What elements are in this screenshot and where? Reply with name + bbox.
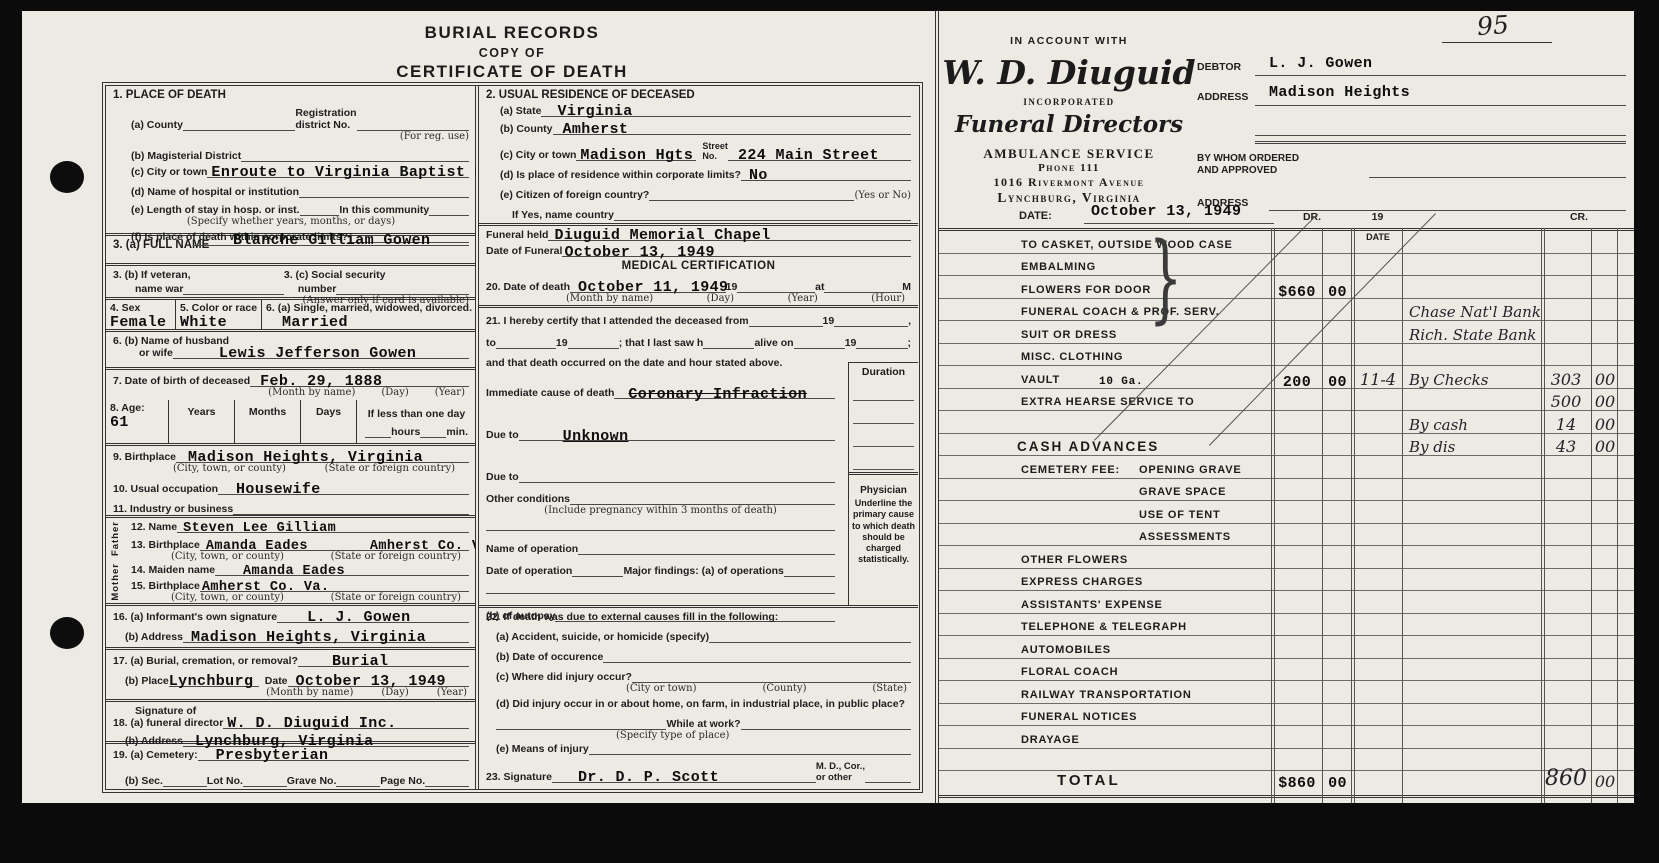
- ordered-by-label-2: AND APPROVED: [1197, 165, 1277, 176]
- certificate-title: BURIAL RECORDS COPY OF CERTIFICATE OF DE…: [312, 23, 712, 82]
- physician-note: Underline the primary cause to which dea…: [849, 496, 918, 568]
- full-name-value: Blanche Gilliam Gowen: [233, 232, 430, 249]
- ledger-row: AUTOMOBILES: [939, 636, 1634, 659]
- ssn-number-label: number: [298, 283, 337, 295]
- ledger-row: FLOWERS FOR DOOR $660 00: [939, 276, 1634, 299]
- ledger-row: GRAVE SPACE: [939, 479, 1634, 502]
- ledger-row: OTHER FLOWERS: [939, 546, 1634, 569]
- age-label: 8. Age:: [110, 402, 164, 414]
- months-label: Months: [249, 406, 286, 418]
- credit-cents: 00: [1594, 370, 1616, 389]
- ordered-by-label-1: BY WHOM ORDERED: [1197, 153, 1299, 164]
- director-signature-label-2: 18. (a) funeral director: [113, 717, 223, 729]
- years-label: Years: [187, 406, 215, 418]
- pregnancy-hint: (Include pregnancy within 3 months of de…: [544, 505, 777, 516]
- burial-date-label: Date: [265, 675, 288, 687]
- residence-corporate-label: (d) Is place of residence within corpora…: [500, 169, 741, 181]
- ledger-item-label: USE OF TENT: [1139, 509, 1221, 521]
- credit-cents: 00: [1594, 415, 1616, 434]
- ledger-row: USE OF TENT: [939, 501, 1634, 524]
- section-19-cemetery: 19. (a) Cemetery: Presbyterian (b) Sec. …: [106, 744, 476, 788]
- industry-label: 11. Industry or business: [113, 503, 233, 515]
- director-signature-value: W. D. Diuguid Inc.: [227, 715, 396, 732]
- page-no-label: Page No.: [380, 775, 425, 787]
- firm-name: W. D. Diuguid: [939, 53, 1199, 92]
- age-days-cell: Days: [300, 400, 356, 443]
- city-or-town-label: (c) City or town: [131, 166, 207, 178]
- funeral-held-block: Funeral held Diuguid Memorial Chapel Dat…: [479, 226, 918, 278]
- section-20-date-of-death: 20. Date of death October 11, 1949 19 at…: [479, 278, 918, 308]
- sex-cell: 4. Sex Female: [106, 300, 175, 329]
- certificate-of-death-form: 1. PLACE OF DEATH (a) County Registratio…: [105, 85, 920, 790]
- mother-maiden-value: Amanda Eades: [243, 564, 345, 579]
- birthplace-value: Madison Heights, Virginia: [188, 449, 423, 466]
- district-no-label: district No.: [295, 119, 356, 131]
- certify-line-3: and that death occurred on the date and …: [486, 357, 782, 369]
- birthplace-label: 9. Birthplace: [113, 451, 176, 463]
- age-months-cell: Months: [234, 400, 300, 443]
- physician-separator: [849, 472, 918, 475]
- ledger-item-label: TO CASKET, OUTSIDE WOOD CASE: [1021, 239, 1233, 251]
- section-21-certification: 21. I hereby certify that I attended the…: [479, 308, 918, 608]
- section-17-burial: 17. (a) Burial, cremation, or removal? B…: [106, 650, 476, 702]
- credit-cents: 00: [1594, 437, 1616, 456]
- mother-maiden-label: 14. Maiden name: [131, 564, 215, 576]
- total-label: TOTAL: [1057, 772, 1121, 789]
- ledger-item-label: SUIT OR DRESS: [1021, 329, 1117, 341]
- funeral-held-label: Funeral held: [486, 229, 548, 241]
- injury-city-hint: (City or town): [626, 683, 697, 694]
- vault-gauge-value: 10 Ga.: [1099, 376, 1143, 388]
- ledger-item-sublabel: OPENING GRAVE: [1139, 464, 1242, 476]
- physician-heading: Physician: [849, 485, 918, 496]
- ledger-item-label: ASSESSMENTS: [1139, 531, 1231, 543]
- handwritten-note: By Checks: [1409, 371, 1539, 389]
- section-11-industry: 11. Industry or business: [106, 500, 476, 518]
- grouping-brace-icon: }: [1149, 230, 1183, 326]
- spouse-value: Lewis Jefferson Gowen: [219, 345, 416, 362]
- lot-no-label: Lot No.: [207, 775, 243, 787]
- blank-double-line: [1255, 141, 1626, 144]
- father-birthplace-label: 13. Birthplace: [131, 539, 200, 551]
- burial-date-value: October 13, 1949: [296, 673, 446, 690]
- blank-line: [1255, 135, 1626, 136]
- ledger-item-label: FLORAL COACH: [1021, 666, 1118, 678]
- death-m-label: M: [902, 281, 911, 293]
- dr-column-line: [1271, 228, 1275, 803]
- ledger-item-label: GRAVE SPACE: [1139, 486, 1226, 498]
- section-4-5-6a: 4. Sex Female 5. Color or race White 6. …: [106, 300, 476, 332]
- street-label: Street: [702, 141, 728, 151]
- county-residence-label: (b) County: [500, 123, 553, 135]
- ledger-item-label: AUTOMOBILES: [1021, 644, 1111, 656]
- ledger-row: DRAYAGE: [939, 726, 1634, 749]
- ledger-rows: TO CASKET, OUTSIDE WOOD CASE EMBALMING F…: [939, 228, 1634, 771]
- ledger-item-label: TELEPHONE & TELEGRAPH: [1021, 621, 1187, 633]
- birth-date-label: 7. Date of birth of deceased: [113, 375, 250, 387]
- ledger-item-label: ASSISTANTS' EXPENSE: [1021, 599, 1163, 611]
- injury-state-hint: (State): [872, 683, 907, 694]
- burial-place-value: Lynchburg: [169, 673, 254, 690]
- ledger-row: EXPRESS CHARGES: [939, 569, 1634, 592]
- medical-certification-heading: MEDICAL CERTIFICATION: [486, 260, 911, 272]
- certify-to-label: to: [486, 337, 496, 349]
- immediate-cause-value: Coronary Infraction: [628, 386, 807, 403]
- funeral-held-value: Diuguid Memorial Chapel: [554, 227, 770, 244]
- burial-type-value: Burial: [332, 653, 388, 670]
- father-name-label: 12. Name: [131, 521, 177, 533]
- ledger-row: RAILWAY TRANSPORTATION: [939, 681, 1634, 704]
- mother-birthplace-hint-2: (State or foreign country): [331, 592, 461, 603]
- total-credit: 860: [1543, 766, 1589, 791]
- place-of-death-value: Enroute to Virginia Baptist Hosp: [211, 164, 476, 181]
- ledger-row: By cash 14 00: [939, 411, 1634, 434]
- description-column-line: [1402, 228, 1403, 803]
- mother-birthplace-value: Amherst Co. Va.: [202, 580, 330, 595]
- debtor-label: DEBTOR: [1197, 61, 1241, 73]
- day-hint: (Day): [381, 387, 408, 398]
- age-years-cell: Years: [168, 400, 234, 443]
- cr-column-line: [1541, 228, 1545, 803]
- in-account-with-label: IN ACCOUNT WITH: [939, 35, 1199, 47]
- ledger-row: VAULT 10 Ga. 200 00 11-4 By Checks 303 0…: [939, 366, 1634, 389]
- sex-value: Female: [110, 314, 171, 331]
- marital-value: Married: [282, 314, 472, 331]
- funeral-directors-label: Funeral Directors: [939, 111, 1199, 138]
- due-to-1-label: Due to: [486, 429, 519, 441]
- social-security-label: 3. (c) Social security: [284, 269, 469, 281]
- age-cell: 8. Age: 61: [106, 400, 168, 443]
- credit-amount: 43: [1543, 437, 1589, 456]
- ledger-row: CASH ADVANCES By dis 43 00: [939, 434, 1634, 457]
- days-label: Days: [316, 406, 341, 418]
- injury-county-hint: (County): [762, 683, 806, 694]
- ledger-item-label: RAILWAY TRANSPORTATION: [1021, 689, 1192, 701]
- ledger-date-value: October 13, 1949: [1091, 203, 1241, 220]
- duration-physician-box: Duration Physician Underline the primary…: [848, 362, 918, 605]
- cemetery-value: Presbyterian: [216, 747, 329, 764]
- punch-hole-icon: [50, 617, 84, 649]
- ordered-by-line: [1369, 177, 1626, 178]
- marital-cell: 6. (a) Single, married, widowed, divorce…: [261, 300, 476, 329]
- md-cor-label-2: or other: [816, 772, 865, 783]
- md-cor-label-1: M. D., Cor.,: [816, 761, 865, 772]
- race-cell: 5. Color or race White: [175, 300, 261, 329]
- certify-last-saw: ; that I last saw h: [619, 337, 704, 349]
- while-at-work-label: While at work?: [666, 718, 740, 730]
- informant-signature-label: 16. (a) Informant's own signature: [113, 611, 277, 623]
- means-of-injury-label: (e) Means of injury: [496, 743, 589, 755]
- operation-name-label: Name of operation: [486, 543, 578, 555]
- section-3bc-veteran-ssn: 3. (b) If veteran, name war 3. (c) Socia…: [106, 266, 476, 300]
- title-line-2: COPY OF: [312, 46, 712, 60]
- county-residence-value: Amherst: [563, 121, 629, 138]
- credit-cents: 00: [1594, 392, 1616, 411]
- mother-side-label: Mother: [108, 562, 122, 602]
- ledger-item-label: CEMETERY FEE:: [1021, 464, 1120, 476]
- mother-birthplace-label: 15. Birthplace: [131, 580, 200, 592]
- section-1-heading: 1. PLACE OF DEATH: [113, 89, 469, 101]
- occurrence-date-label: (b) Date of occurence: [496, 651, 603, 663]
- injury-home-label: (d) Did injury occur in or about home, o…: [496, 698, 905, 710]
- total-credit-cents: 00: [1594, 772, 1616, 791]
- length-of-stay-label: (e) Length of stay in hosp. or inst.: [131, 204, 300, 216]
- ledger-item-label: EXPRESS CHARGES: [1021, 576, 1143, 588]
- foreign-citizen-label: (e) Citizen of foreign country?: [500, 189, 649, 201]
- due-to-1-value: Unknown: [563, 428, 629, 445]
- specify-years-hint: (Specify whether years, months, or days): [187, 216, 395, 227]
- duration-heading: Duration: [849, 363, 918, 378]
- cr-cents-line: [1591, 228, 1592, 803]
- state-value: Virginia: [557, 103, 632, 120]
- ledger-item-label: EXTRA HEARSE SERVICE TO: [1021, 396, 1194, 408]
- father-side-label: Father: [108, 520, 122, 558]
- father-birthplace-value: Amanda Eades: [206, 539, 308, 554]
- county-label: (a) County: [131, 119, 183, 131]
- in-community-label: In this community: [339, 204, 429, 216]
- sec-label: (b) Sec.: [125, 775, 163, 787]
- street-value: 224 Main Street: [738, 147, 879, 164]
- funeral-account-ledger: 95 IN ACCOUNT WITH W. D. Diuguid INCORPO…: [935, 11, 1632, 803]
- father-birthplace-state-value: Amherst Co. Va.: [370, 539, 476, 554]
- marital-label: 6. (a) Single, married, widowed, divorce…: [266, 302, 472, 314]
- other-conditions-label: Other conditions: [486, 493, 570, 505]
- yes-or-no-hint: (Yes or No): [854, 190, 911, 201]
- external-causes-heading: 22. If death was due to external causes …: [486, 611, 911, 623]
- ledger-row: ASSESSMENTS: [939, 524, 1634, 547]
- title-line-3: CERTIFICATE OF DEATH: [312, 62, 712, 82]
- ledger-item-label: DRAYAGE: [1021, 734, 1080, 746]
- birth-date-value: Feb. 29, 1888: [260, 373, 382, 390]
- certify-line-1: 21. I hereby certify that I attended the…: [486, 315, 749, 327]
- debtor-line: [1255, 75, 1626, 76]
- ledger-row: EMBALMING: [939, 254, 1634, 277]
- title-line-1: BURIAL RECORDS: [312, 23, 712, 43]
- total-debit: $860: [1273, 775, 1321, 792]
- section-12-15-parents: Father Mother 12. Name Steven Lee Gillia…: [106, 518, 476, 606]
- phone-label: Phone 111: [939, 162, 1199, 174]
- ledger-item-label: OTHER FLOWERS: [1021, 554, 1128, 566]
- ledger-item-label: FLOWERS FOR DOOR: [1021, 284, 1151, 296]
- debtor-value: L. J. Gowen: [1269, 55, 1372, 72]
- dr-cents-line: [1322, 228, 1323, 803]
- certify-alive-on: alive on: [754, 337, 793, 349]
- ledger-row: SUIT OR DRESS Rich. State Bank: [939, 321, 1634, 344]
- handwritten-note: By cash: [1409, 416, 1539, 434]
- ledger-item-label: MISC. CLOTHING: [1021, 351, 1123, 363]
- debtor-address-line: [1255, 105, 1626, 106]
- if-yes-country-label: If Yes, name country: [512, 209, 614, 221]
- ledger-item-label: FUNERAL NOTICES: [1021, 711, 1137, 723]
- spouse-label-2: or wife: [139, 347, 173, 359]
- less-than-day-cell: If less than one day hours min.: [356, 400, 476, 443]
- magisterial-district-label: (b) Magisterial District: [131, 150, 241, 162]
- page-number-handwritten: 95: [1476, 10, 1510, 41]
- residence-city-value: Madison Hgts: [580, 147, 693, 164]
- duration-line: [853, 447, 914, 470]
- handwritten-note: Rich. State Bank: [1409, 326, 1539, 344]
- handwritten-note: Chase Nat'l Bank: [1409, 303, 1539, 321]
- ledger-row: CEMETERY FEE: OPENING GRAVE: [939, 456, 1634, 479]
- informant-signature-value: L. J. Gowen: [307, 609, 410, 626]
- date-column-line: [1351, 228, 1355, 803]
- total-debit-cents: 00: [1324, 775, 1351, 792]
- funeral-date-label: Date of Funeral: [486, 245, 562, 257]
- section-3a-full-name: 3. (a) FULL NAME Blanche Gilliam Gowen: [106, 236, 476, 266]
- min-label: min.: [446, 426, 468, 438]
- section-10-occupation: 10. Usual occupation Housewife: [106, 480, 476, 500]
- race-label: 5. Color or race: [180, 302, 257, 314]
- year-19-label: 19: [1353, 211, 1402, 223]
- duration-line: [853, 378, 914, 401]
- certificate-right-column: 2. USUAL RESIDENCE OF DECEASED (a) State…: [479, 86, 918, 788]
- date-of-death-value: October 11, 1949: [578, 279, 728, 296]
- payment-date: 11-4: [1356, 370, 1400, 389]
- street-address-label: 1016 Rivermont Avenue: [939, 175, 1199, 190]
- ledger-row: TELEPHONE & TELEGRAPH: [939, 614, 1634, 637]
- injury-where-label: (c) Where did injury occur?: [496, 671, 632, 683]
- section-6b-spouse: 6. (b) Name of husband or wife Lewis Jef…: [106, 332, 476, 370]
- ambulance-service-label: AMBULANCE SERVICE: [939, 146, 1199, 162]
- race-value: White: [180, 314, 257, 331]
- major-findings-label: Major findings: (a) of operations: [623, 565, 783, 577]
- section-8-age: 8. Age: 61 Years Months Days If less tha…: [106, 400, 476, 446]
- ledger-row: ASSISTANTS' EXPENSE: [939, 591, 1634, 614]
- residence-city-label: (c) City or town: [500, 149, 576, 161]
- grave-no-label: Grave No.: [287, 775, 337, 787]
- ledger-row: FUNERAL COACH & PROF. SERV. Chase Nat'l …: [939, 299, 1634, 322]
- scanned-document-paper: BURIAL RECORDS COPY OF CERTIFICATE OF DE…: [22, 11, 1634, 803]
- credit-amount: 303: [1543, 370, 1589, 389]
- street-no-label: No.: [702, 151, 728, 161]
- ledger-item-label: VAULT: [1021, 374, 1060, 386]
- place-type-hint: (Specify type of place): [616, 730, 729, 741]
- section-2-residence: 2. USUAL RESIDENCE OF DECEASED (a) State…: [479, 86, 918, 226]
- year-hint: (Year): [435, 387, 465, 398]
- section-16-informant: 16. (a) Informant's own signature L. J. …: [106, 606, 476, 650]
- page-number-line: [1442, 42, 1552, 43]
- certificate-left-column: 1. PLACE OF DEATH (a) County Registratio…: [106, 86, 476, 788]
- debtor-address-value: Madison Heights: [1269, 84, 1410, 101]
- section-1-place-of-death: 1. PLACE OF DEATH (a) County Registratio…: [106, 86, 476, 236]
- certify-19-b: 19: [556, 337, 568, 349]
- certify-semicolon: ;: [908, 337, 912, 349]
- ledger-item-label: EMBALMING: [1021, 261, 1096, 273]
- handwritten-note: By dis: [1409, 438, 1539, 456]
- section-18-funeral-director: Signature of 18. (a) funeral director W.…: [106, 702, 476, 744]
- ledger-row: EXTRA HEARSE SERVICE TO 500 00: [939, 389, 1634, 412]
- certify-comma: ,: [908, 315, 911, 327]
- occupation-value: Housewife: [236, 481, 321, 498]
- less-than-day-label: If less than one day: [361, 408, 472, 420]
- informant-address-label: (b) Address: [125, 631, 183, 643]
- funeral-date-value: October 13, 1949: [564, 244, 714, 261]
- death-hour-hint: (Hour): [871, 293, 905, 304]
- duration-line: [853, 424, 914, 447]
- section-2-heading: 2. USUAL RESIDENCE OF DECEASED: [486, 89, 911, 101]
- residence-corporate-value: No: [749, 167, 768, 184]
- section-7-birth-date: 7. Date of birth of deceased Feb. 29, 18…: [106, 370, 476, 400]
- ledger-row: TO CASKET, OUTSIDE WOOD CASE: [939, 231, 1634, 254]
- duration-line: [853, 401, 914, 424]
- ledger-row: MISC. CLOTHING: [939, 344, 1634, 367]
- age-value: 61: [110, 414, 164, 431]
- cemetery-label: 19. (a) Cemetery:: [113, 749, 198, 761]
- if-veteran-label: 3. (b) If veteran,: [113, 269, 284, 281]
- ledger-row: FLORAL COACH: [939, 659, 1634, 682]
- burial-type-label: 17. (a) Burial, cremation, or removal?: [113, 655, 298, 667]
- death-year-hint: (Year): [788, 293, 818, 304]
- for-reg-use-hint: (For reg. use): [400, 131, 469, 142]
- operation-date-label: Date of operation: [486, 565, 572, 577]
- cash-advances-heading: CASH ADVANCES: [1017, 439, 1159, 454]
- certify-19-c: 19: [845, 337, 857, 349]
- burial-place-label: (b) Place: [125, 675, 169, 687]
- immediate-cause-label: Immediate cause of death: [486, 387, 614, 399]
- name-war-label: name war: [135, 283, 183, 295]
- ledger-row: FUNERAL NOTICES: [939, 704, 1634, 727]
- ledger-total-row: TOTAL $860 00 860 00: [939, 768, 1634, 798]
- physician-signature-value: Dr. D. P. Scott: [578, 769, 719, 786]
- hours-label: hours: [391, 426, 420, 438]
- date-of-death-label: 20. Date of death: [486, 281, 570, 293]
- occupation-label: 10. Usual occupation: [113, 483, 218, 495]
- right-edge-line: [1617, 228, 1618, 803]
- state-label: (a) State: [500, 105, 541, 117]
- section-9-birthplace: 9. Birthplace Madison Heights, Virginia …: [106, 446, 476, 480]
- section-22-23: 22. If death was due to external causes …: [479, 608, 918, 786]
- physician-signature-label: 23. Signature: [486, 771, 552, 783]
- punch-hole-icon: [50, 161, 84, 193]
- ledger-item-label: FUNERAL COACH & PROF. SERV.: [1021, 306, 1220, 318]
- registration-label: Registration: [295, 107, 356, 119]
- director-signature-label-1: Signature of: [135, 705, 223, 717]
- father-name-value: Steven Lee Gilliam: [183, 521, 336, 536]
- incorporated-label: INCORPORATED: [939, 97, 1199, 107]
- certify-19-a: 19: [823, 315, 835, 327]
- credit-amount: 14: [1543, 415, 1589, 434]
- credit-amount: 500: [1543, 392, 1589, 411]
- informant-address-value: Madison Heights, Virginia: [191, 629, 426, 646]
- cr-column-label: CR.: [1541, 211, 1617, 223]
- ledger-date-label: DATE:: [1019, 210, 1052, 222]
- accident-label: (a) Accident, suicide, or homicide (spec…: [496, 631, 709, 643]
- hospital-name-label: (d) Name of hospital or institution: [131, 186, 299, 198]
- debtor-address-label: ADDRESS: [1197, 91, 1248, 103]
- death-at-label: at: [815, 281, 824, 293]
- due-to-2-label: Due to: [486, 471, 519, 483]
- sex-label: 4. Sex: [110, 302, 171, 314]
